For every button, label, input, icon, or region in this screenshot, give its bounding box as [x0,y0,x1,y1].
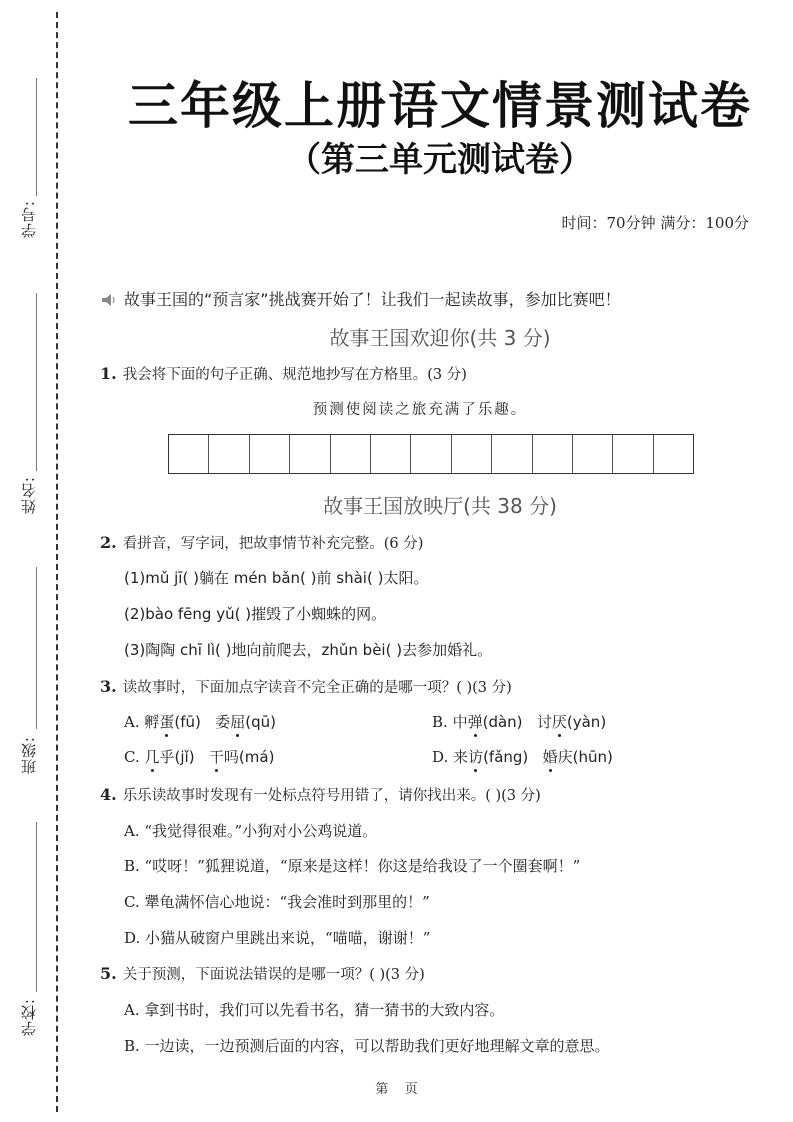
student-id-rule [36,78,37,196]
class-rule [36,567,37,729]
grid-cell[interactable] [169,435,209,473]
question-text: 乐乐读故事时发现有一处标点符号用错了，请你找出来。( )(3 分) [123,788,541,804]
grid-cell[interactable] [250,435,290,473]
grid-cell[interactable] [331,435,371,473]
grid-cell[interactable] [411,435,451,473]
grid-cell[interactable] [533,435,573,473]
q5-option-a[interactable]: A. 拿到书时，我们可以先看书名，猜一猜书的大致内容。 [124,999,504,1020]
question-number: 1. [100,364,117,383]
intro-text: 故事王国的“预言家”挑战赛开始了！让我们一起读故事，参加比赛吧！ [124,287,621,310]
speaker-icon [100,292,118,306]
question-text: 读故事时，下面加点字读音不完全正确的是哪一项？( )(3 分) [123,680,512,696]
question-1: 1.我会将下面的句子正确、规范地抄写在方格里。(3 分) [100,363,467,384]
page-subtitle: （第三单元测试卷） [90,132,790,181]
grid-cell[interactable] [209,435,249,473]
grid-cell[interactable] [613,435,653,473]
question-text: 看拼音，写字词，把故事情节补充完整。(6 分) [123,536,424,552]
grid-cell[interactable] [452,435,492,473]
copy-sentence: 预测使阅读之旅充满了乐趣。 [90,398,750,419]
exam-meta: 时间：70分钟 满分：100分 [562,212,750,233]
school-rule [36,822,37,992]
binding-dashed-line [56,12,58,1112]
intro-line: 故事王国的“预言家”挑战赛开始了！让我们一起读故事，参加比赛吧！ [100,287,621,310]
q4-option-b[interactable]: B. “哎呀！”狐狸说道，“原来是这样！你这是给我设了一个圈套啊！” [124,855,580,876]
student-id-label: 学号: [18,200,39,238]
q4-option-a[interactable]: A. “我觉得很难。”小狗对小公鸡说道。 [124,820,377,841]
section-title-welcome: 故事王国欢迎你(共 3 分) [90,322,790,351]
q2-item-1[interactable]: (1)mǔ jī( )躺在 mén bǎn( )前 shài( )太阳。 [124,567,428,588]
question-number: 4. [100,785,117,804]
question-number: 5. [100,964,117,983]
school-label: 学校: [18,998,39,1036]
q4-option-d[interactable]: D. 小猫从破窗户里跳出来说，“喵喵，谢谢！” [124,927,430,948]
name-rule [36,293,37,471]
q2-item-3[interactable]: (3)陶陶 chī lì( )地向前爬去，zhǔn bèi( )去参加婚礼。 [124,639,492,660]
grid-cell[interactable] [371,435,411,473]
question-4: 4.乐乐读故事时发现有一处标点符号用错了，请你找出来。( )(3 分) [100,784,541,805]
writing-grid[interactable] [168,434,694,474]
page-number-footer: 第 页 [0,1078,793,1097]
question-2: 2.看拼音，写字词，把故事情节补充完整。(6 分) [100,532,423,553]
section-title-cinema: 故事王国放映厅(共 38 分) [90,490,790,519]
question-number: 2. [100,533,117,552]
question-number: 3. [100,677,117,696]
page-title: 三年级上册语文情景测试卷 [90,66,790,138]
q5-option-b[interactable]: B. 一边读，一边预测后面的内容，可以帮助我们更好地理解文章的意思。 [124,1035,610,1056]
q3-option-a[interactable]: A. 孵蛋(fū) 委屈(qū) [124,711,276,732]
q4-option-c[interactable]: C. 犟龟满怀信心地说：“我会准时到那里的！” [124,891,430,912]
q2-item-2[interactable]: (2)bào fēng yǔ( )摧毁了小蜘蛛的网。 [124,603,386,624]
q3-option-d[interactable]: D. 来访(fǎng) 婚庆(hūn) [432,746,613,767]
q3-option-c[interactable]: C. 几乎(jǐ) 干吗(má) [124,746,274,767]
question-3: 3.读故事时，下面加点字读音不完全正确的是哪一项？( )(3 分) [100,676,512,697]
question-text: 关于预测，下面说法错误的是哪一项？( )(3 分) [123,967,425,983]
question-text: 我会将下面的句子正确、规范地抄写在方格里。(3 分) [123,367,467,383]
name-label: 姓名: [18,476,39,514]
q3-option-b[interactable]: B. 中弹(dàn) 讨厌(yàn) [432,711,606,732]
grid-cell[interactable] [654,435,693,473]
question-5: 5.关于预测，下面说法错误的是哪一项？( )(3 分) [100,963,425,984]
grid-cell[interactable] [573,435,613,473]
grid-cell[interactable] [290,435,330,473]
grid-cell[interactable] [492,435,532,473]
class-label: 班级: [18,736,39,774]
